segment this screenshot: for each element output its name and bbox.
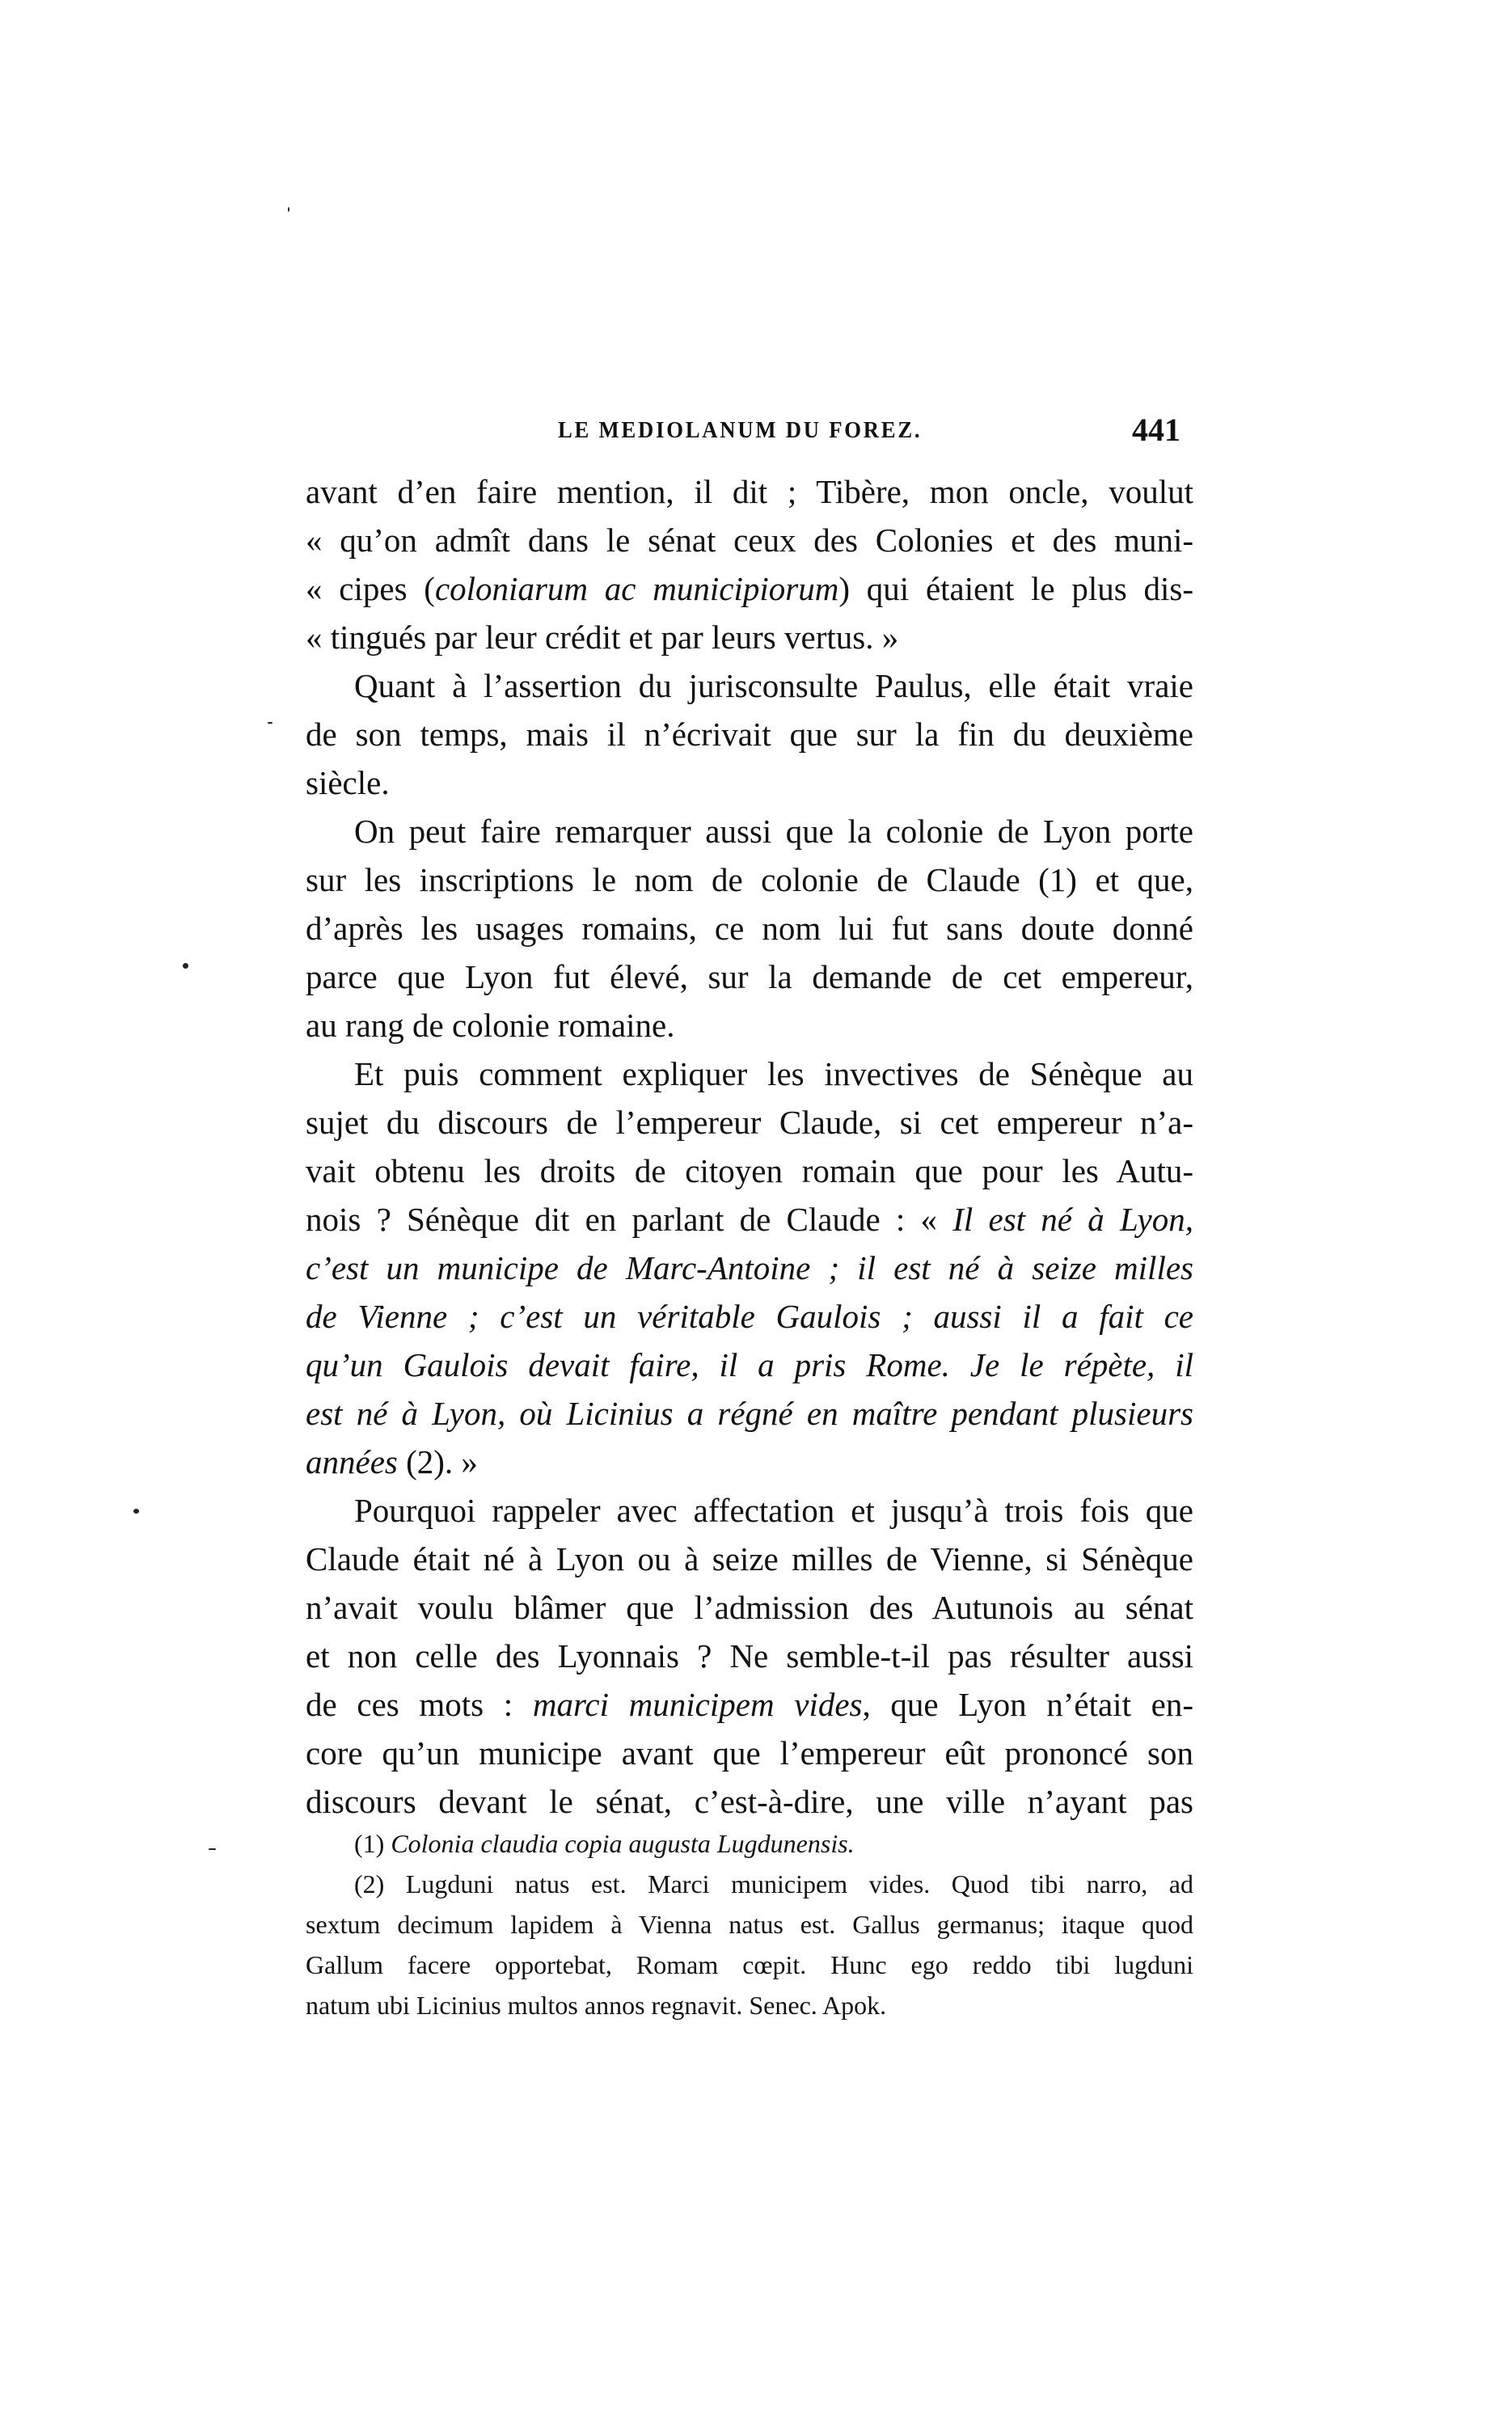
- italic-span: années: [306, 1443, 398, 1480]
- body-line: « tingués par leur crédit et par leurs v…: [306, 613, 1193, 661]
- body-line: n’avait voulu blâmer que l’admission des…: [306, 1583, 1193, 1632]
- body-line: On peut faire remarquer aussi que la col…: [306, 807, 1193, 855]
- footnote-line: (2) Lugduni natus est. Marci municipem v…: [306, 1864, 1193, 1904]
- italic-span: qu’un Gaulois devait faire, il a pris Ro…: [306, 1346, 1193, 1383]
- footnote-line: natum ubi Licinius multos annos regnavit…: [306, 1985, 1193, 2025]
- italic-span: Il est né à Lyon,: [952, 1201, 1193, 1238]
- body-line: Pourquoi rappeler avec affectation et ju…: [306, 1486, 1193, 1535]
- body-line: « qu’on admît dans le sénat ceux des Col…: [306, 516, 1193, 564]
- body-line: et non celle des Lyonnais ? Ne semble-t-…: [306, 1632, 1193, 1680]
- body-line: nois ? Sénèque dit en parlant de Claude …: [306, 1195, 1193, 1244]
- running-head-title: LE MEDIOLANUM DU FOREZ.: [558, 417, 922, 444]
- body-line: d’après les usages romains, ce nom lui f…: [306, 904, 1193, 952]
- running-head: LE MEDIOLANUM DU FOREZ. 441: [558, 411, 1189, 451]
- body-line: c’est un municipe de Marc-Antoine ; il e…: [306, 1244, 1193, 1292]
- body-line: vait obtenu les droits de citoyen romain…: [306, 1147, 1193, 1195]
- body-line: qu’un Gaulois devait faire, il a pris Ro…: [306, 1341, 1193, 1389]
- scan-speck: [268, 722, 272, 724]
- body-line: de ces mots : marci municipem vides, que…: [306, 1680, 1193, 1729]
- body-line: parce que Lyon fut élevé, sur la demande…: [306, 952, 1193, 1001]
- footnote-line: (1) Colonia claudia copia augusta Lugdun…: [306, 1823, 1193, 1864]
- body-line: core qu’un municipe avant que l’empereur…: [306, 1729, 1193, 1777]
- body-line: Et puis comment expliquer les invectives…: [306, 1050, 1193, 1098]
- body-line: années (2). »: [306, 1438, 1193, 1486]
- body-line: Quant à l’assertion du jurisconsulte Pau…: [306, 661, 1193, 710]
- italic-span: Colonia claudia copia augusta Lugdunensi…: [391, 1829, 854, 1858]
- footnote-line: Gallum facere opportebat, Romam cœpit. H…: [306, 1945, 1193, 1985]
- scan-speck: [133, 1509, 139, 1514]
- body-line: « cipes (coloniarum ac municipiorum) qui…: [306, 564, 1193, 613]
- body-line: sujet du discours de l’empereur Claude, …: [306, 1098, 1193, 1147]
- italic-span: c’est un municipe de Marc-Antoine ; il e…: [306, 1249, 1193, 1286]
- italic-span: est né à Lyon, où Licinius a régné en ma…: [306, 1395, 1193, 1432]
- italic-span: de Vienne ; c’est un véritable Gaulois ;…: [306, 1298, 1193, 1335]
- italic-span: marci municipem vides: [533, 1686, 863, 1723]
- body-line: de Vienne ; c’est un véritable Gaulois ;…: [306, 1292, 1193, 1341]
- scanned-book-page: LE MEDIOLANUM DU FOREZ. 441 avant d’en f…: [0, 0, 1512, 2420]
- body-line: siècle.: [306, 758, 1193, 807]
- scan-speck: [183, 963, 188, 969]
- footnotes: (1) Colonia claudia copia augusta Lugdun…: [306, 1823, 1193, 2025]
- body-line: discours devant le sénat, c’est-à-dire, …: [306, 1777, 1193, 1826]
- body-line: avant d’en faire mention, il dit ; Tibèr…: [306, 467, 1193, 516]
- body-line: Claude était né à Lyon ou à seize milles…: [306, 1535, 1193, 1583]
- body-text: avant d’en faire mention, il dit ; Tibèr…: [306, 467, 1193, 1826]
- body-line: sur les inscriptions le nom de colonie d…: [306, 855, 1193, 904]
- scan-speck: [209, 1848, 216, 1850]
- scan-speck: [288, 207, 289, 212]
- italic-span: coloniarum ac municipiorum: [435, 570, 838, 607]
- footnote-line: sextum decimum lapidem à Vienna natus es…: [306, 1904, 1193, 1945]
- body-line: est né à Lyon, où Licinius a régné en ma…: [306, 1389, 1193, 1438]
- page-number: 441: [1132, 411, 1180, 449]
- body-line: de son temps, mais il n’écrivait que sur…: [306, 710, 1193, 758]
- body-line: au rang de colonie romaine.: [306, 1001, 1193, 1050]
